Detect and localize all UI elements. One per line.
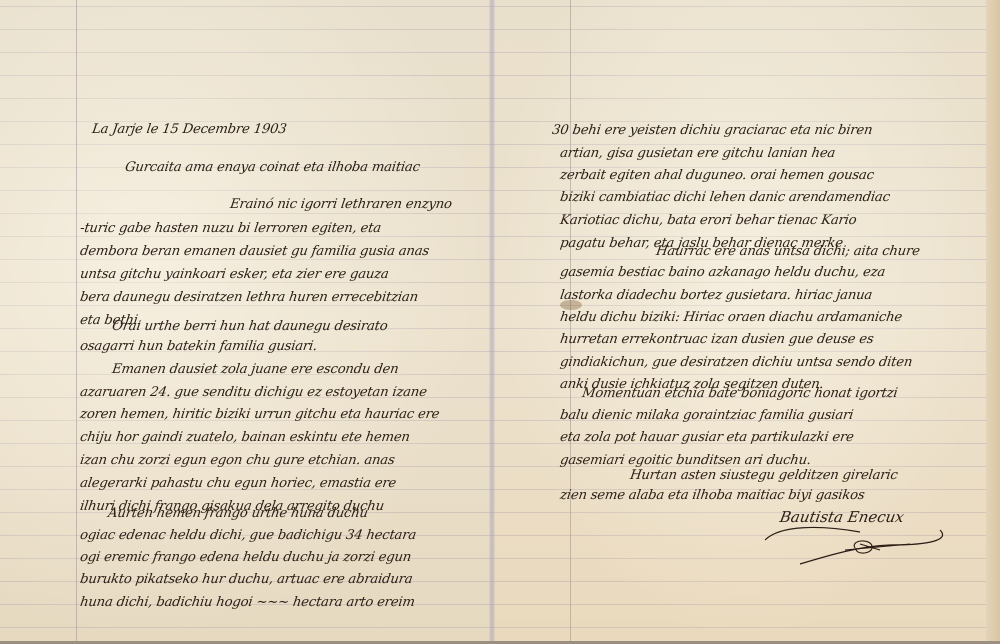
- handwritten-line: azaruaren 24. gue senditu dichigu ez est…: [79, 384, 428, 402]
- page-fold: [489, 0, 495, 644]
- handwritten-line: Kariotiac dichu, bata erori behar tienac…: [559, 212, 858, 230]
- handwritten-line: burukto pikatseko hur duchu, artuac ere …: [79, 571, 414, 589]
- handwritten-line: hurretan errekontruac izan dusien gue de…: [559, 331, 875, 349]
- handwritten-line: alegerarki pahastu chu egun horiec, emas…: [79, 475, 397, 493]
- handwritten-line: 30 behi ere yeisten dichiu graciarac eta…: [551, 122, 874, 140]
- handwritten-line: ogi eremic frango edena heldu duchu ja z…: [79, 549, 413, 567]
- handwritten-line: -turic gabe hasten nuzu bi lerroren egit…: [79, 220, 382, 238]
- handwritten-line: artian, gisa gusietan ere gitchu lanian …: [559, 145, 837, 163]
- handwritten-line: lastorka diadechu bortez gusietara. hiri…: [559, 287, 874, 305]
- handwritten-line: Aurten hemen frango urthe huna duchu: [107, 505, 369, 523]
- paper-edge: [986, 0, 1000, 644]
- handwritten-line: izan chu zorzi egun egon chu gure etchia…: [79, 452, 396, 470]
- handwritten-line: La Jarje le 15 Decembre 1903: [91, 121, 288, 139]
- left-margin-line: [76, 0, 77, 644]
- handwritten-line: heldu dichu biziki: Hiriac oraen diachu …: [559, 309, 903, 327]
- handwritten-line: Gurcaita ama enaya coinat eta ilhoba mai…: [124, 159, 421, 177]
- handwritten-line: untsa gitchu yainkoari esker, eta zier e…: [79, 266, 390, 284]
- handwritten-line: chiju hor gaindi zuatelo, bainan eskintu…: [79, 429, 411, 447]
- handwritten-line: zien seme alaba eta ilhoba maitiac biyi …: [559, 487, 866, 505]
- handwritten-line: gasemia bestiac baino azkanago heldu duc…: [559, 264, 886, 282]
- handwritten-line: eta zola pot hauar gusiar eta partikulaz…: [559, 429, 855, 447]
- handwritten-line: balu dienic milaka goraintziac familia g…: [559, 407, 855, 425]
- signature-flourish-icon: [760, 520, 960, 570]
- handwritten-line: dembora beran emanen dausiet gu familia …: [79, 243, 430, 261]
- handwritten-line: zoren hemen, hiritic biziki urrun gitchu…: [79, 406, 441, 424]
- handwritten-line: huna dichi, badichiu hogoi ~~~ hectara a…: [79, 594, 416, 612]
- handwritten-line: Orai urthe berri hun hat daunegu desirat…: [111, 318, 389, 336]
- handwritten-line: osagarri hun batekin familia gusiari.: [79, 338, 318, 356]
- handwritten-line: gindiakichun, gue desiratzen dichiu unts…: [559, 354, 914, 372]
- handwritten-line: zerbait egiten ahal duguneo. orai hemen …: [559, 167, 875, 185]
- handwritten-line: Emanen dausiet zola juane ere escondu de…: [111, 361, 400, 379]
- handwritten-line: ogiac edenac heldu dichi, gue badichigu …: [79, 527, 417, 545]
- handwritten-line: Erainó nic igorri lethraren enzyno: [229, 196, 453, 214]
- handwritten-line: Momentuan etchia bate boniagoric honat i…: [581, 385, 899, 403]
- handwritten-line: Hurtan asten siustegu gelditzen girelari…: [629, 467, 899, 485]
- handwritten-line: biziki cambiatiac dichi lehen danic aren…: [559, 189, 891, 207]
- handwritten-line: bera daunegu desiratzen lethra huren err…: [79, 289, 419, 307]
- handwritten-line: Haurrac ere anas untsa dichi; aita chure: [655, 243, 921, 261]
